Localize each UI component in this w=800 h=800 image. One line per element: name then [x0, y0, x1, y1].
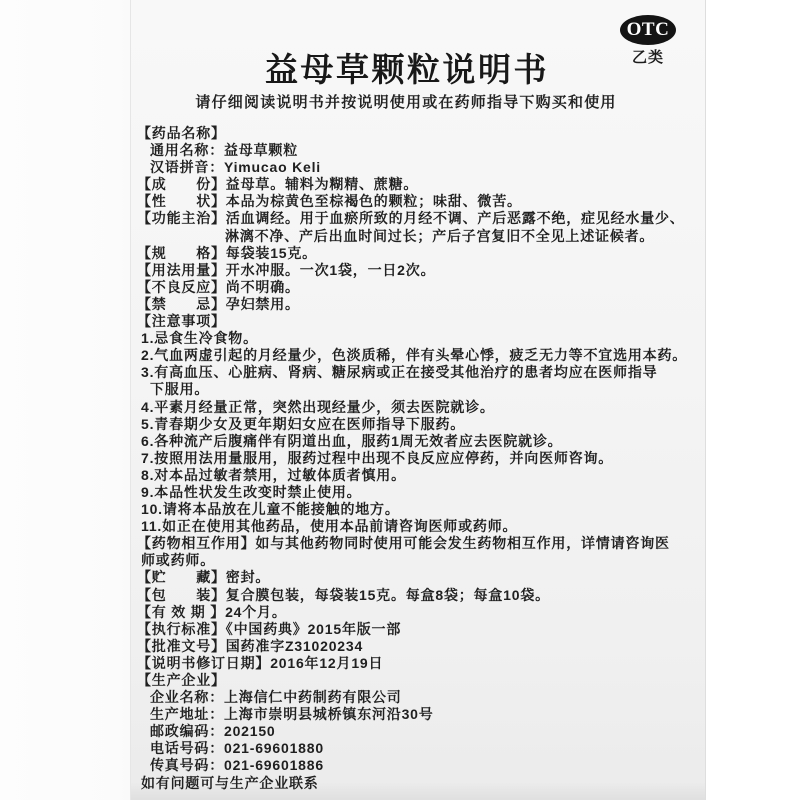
leaflet-line: 2.气血两虚引起的月经量少，色淡质稀，伴有头晕心悸，疲乏无力等不宜选用本药。 [137, 347, 697, 364]
leaflet-line: 1.忌食生冷食物。 [137, 330, 697, 347]
leaflet-line: 【批准文号】国药准字Z31020234 [137, 638, 697, 655]
leaflet-line: 邮政编码：202150 [137, 723, 697, 740]
leaflet-line: 【性 状】本品为棕黄色至棕褐色的颗粒；味甜、微苦。 [137, 193, 697, 210]
leaflet-line: 6.各种流产后腹痛伴有阴道出血，服药1周无效者应去医院就诊。 [137, 433, 697, 450]
leaflet-line: 【功能主治】活血调经。用于血瘀所致的月经不调、产后恶露不绝，症见经水量少、 [137, 210, 697, 227]
leaflet-line: 7.按照用法用量服用，服药过程中出现不良反应应停药，并向医师咨询。 [137, 450, 697, 467]
leaflet-line: 师或药师。 [137, 552, 697, 569]
leaflet-line: 【贮 藏】密封。 [137, 569, 697, 586]
leaflet-line: 【成 份】益母草。辅料为糊精、蔗糖。 [137, 176, 697, 193]
leaflet-line: 【说明书修订日期】2016年12月19日 [137, 655, 697, 672]
leaflet-line: 企业名称：上海信仁中药制药有限公司 [137, 689, 697, 706]
leaflet-line: 9.本品性状发生改变时禁止使用。 [137, 484, 697, 501]
leaflet-line: 电话号码：021-69601880 [137, 740, 697, 757]
leaflet-line: 【生产企业】 [137, 672, 697, 689]
leaflet-line: 5.青春期少女及更年期妇女应在医师指导下服药。 [137, 416, 697, 433]
leaflet-line: 【规 格】每袋装15克。 [137, 245, 697, 262]
otc-label: OTC [627, 19, 670, 41]
leaflet-line: 通用名称：益母草颗粒 [137, 142, 697, 159]
leaflet-panel: OTC 乙类 益母草颗粒说明书 请仔细阅读说明书并按说明使用或在药师指导下购买和… [130, 0, 706, 800]
page-title: 益母草颗粒说明书 [131, 44, 705, 91]
leaflet-line: 【执行标准】《中国药典》2015年版一部 [137, 621, 697, 638]
leaflet-line: 下服用。 [137, 381, 697, 398]
leaflet-line: 生产地址：上海市崇明县城桥镇东河沿30号 [137, 706, 697, 723]
leaflet-body: 【药品名称】通用名称：益母草颗粒汉语拼音：Yimucao Keli【成 份】益母… [137, 125, 697, 792]
otc-oval-icon: OTC [620, 15, 676, 45]
leaflet-line: 汉语拼音：Yimucao Keli [137, 159, 697, 176]
leaflet-line: 3.有高血压、心脏病、肾病、糖尿病或正在接受其他治疗的患者均应在医师指导 [137, 364, 697, 381]
leaflet-line: 【包 装】复合膜包装，每袋装15克。每盒8袋；每盒10袋。 [137, 587, 697, 604]
leaflet-line: 11.如正在使用其他药品，使用本品前请咨询医师或药师。 [137, 518, 697, 535]
leaflet-line: 传真号码：021-69601886 [137, 757, 697, 774]
leaflet-line: 【药品名称】 [137, 125, 697, 142]
leaflet-line: 8.对本品过敏者禁用，过敏体质者慎用。 [137, 467, 697, 484]
leaflet-line: 【不良反应】尚不明确。 [137, 279, 697, 296]
leaflet-line: 【药物相互作用】如与其他药物同时使用可能会发生药物相互作用，详情请咨询医 [137, 535, 697, 552]
leaflet-line: 4.平素月经量正常，突然出现经量少，须去医院就诊。 [137, 399, 697, 416]
leaflet-photo: OTC 乙类 益母草颗粒说明书 请仔细阅读说明书并按说明使用或在药师指导下购买和… [0, 0, 800, 800]
leaflet-line: 【注意事项】 [137, 313, 697, 330]
leaflet-line: 淋漓不净、产后出血时间过长；产后子宫复旧不全见上述证候者。 [137, 228, 697, 245]
page-subtitle: 请仔细阅读说明书并按说明使用或在药师指导下购买和使用 [131, 91, 705, 112]
leaflet-line: 【用法用量】开水冲服。一次1袋，一日2次。 [137, 262, 697, 279]
leaflet-line: 【有 效 期 】24个月。 [137, 604, 697, 621]
leaflet-line: 如有问题可与生产企业联系 [137, 775, 697, 792]
leaflet-line: 10.请将本品放在儿童不能接触的地方。 [137, 501, 697, 518]
leaflet-line: 【禁 忌】孕妇禁用。 [137, 296, 697, 313]
